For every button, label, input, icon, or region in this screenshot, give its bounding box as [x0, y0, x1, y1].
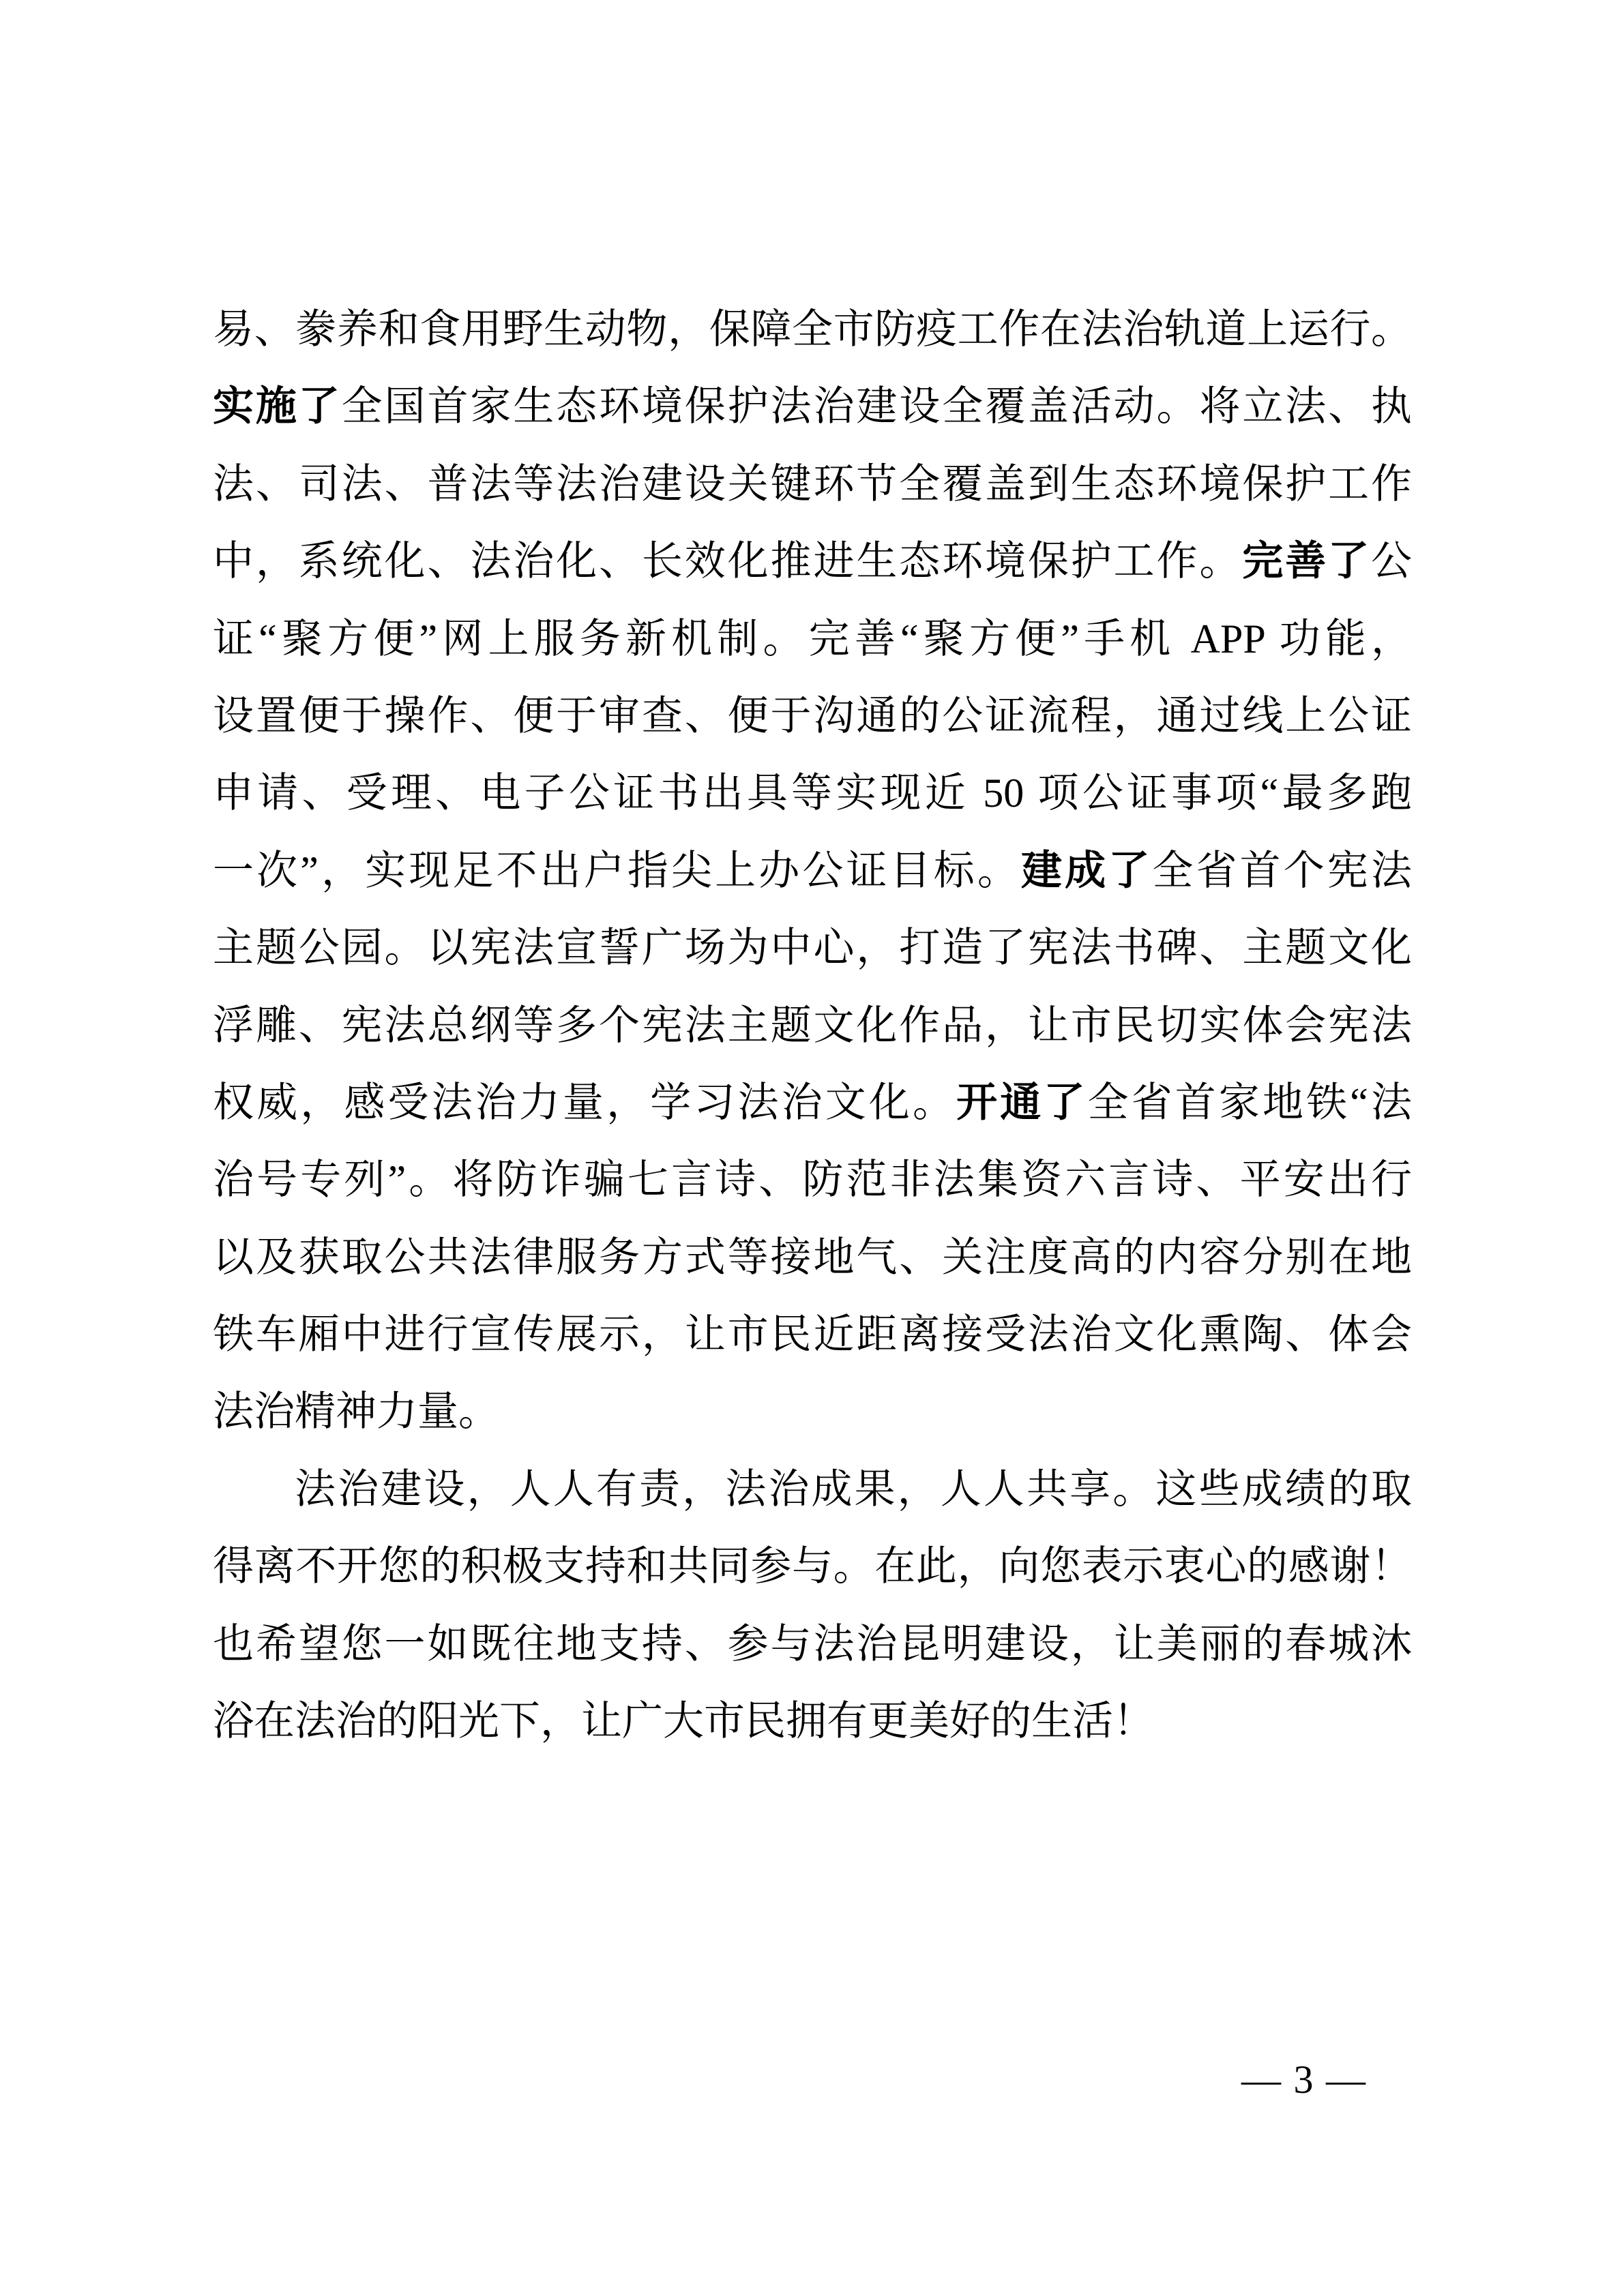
text-run: 浴在法治的阳光下，让广大市民拥有更美好的生活！ — [213, 1699, 1154, 1744]
text-line-1: 易、豢养和食用野生动物，保障全市防疫工作在法治轨道上运行。 — [213, 291, 1412, 368]
text-run: 也希望您一如既往地支持、参与法治昆明建设，让美丽的春城沐 — [213, 1622, 1412, 1667]
text-run: 公 — [1371, 539, 1412, 584]
text-line-4: 中，系统化、法治化、长效化推进生态环境保护工作。完善了公 — [213, 523, 1412, 600]
text-run: 主题公园。以宪法宣誓广场为中心，打造了宪法书碑、主题文化 — [213, 925, 1412, 970]
text-line-18: 也希望您一如既往地支持、参与法治昆明建设，让美丽的春城沐 — [213, 1606, 1412, 1683]
text-run: 全国首家生态环境保护法治建设全覆盖活动。将立法、执 — [342, 384, 1412, 429]
text-line-3: 法、司法、普法等法治建设关键环节全覆盖到生态环境保护工作 — [213, 446, 1412, 523]
text-run: 得离不开您的积极支持和共同参与。在此，向您表示衷心的感谢！ — [213, 1544, 1412, 1589]
emphasis-run: 完善了 — [1242, 539, 1371, 584]
text-run: 一次”，实现足不出户指尖上办公证目标。 — [213, 848, 1021, 893]
text-run: 以及获取公共法律服务方式等接地气、关注度高的内容分别在地 — [213, 1235, 1412, 1280]
text-line-8: 一次”，实现足不出户指尖上办公证目标。建成了全省首个宪法 — [213, 833, 1412, 910]
text-line-19: 浴在法治的阳光下，让广大市民拥有更美好的生活！ — [213, 1683, 1412, 1760]
emphasis-run: 开通了 — [956, 1080, 1087, 1125]
text-line-5: 证“聚方便”网上服务新机制。完善“聚方便”手机 APP 功能， — [213, 601, 1412, 678]
document-page: 易、豢养和食用野生动物，保障全市防疫工作在法治轨道上运行。实施了全国首家生态环境… — [0, 0, 1624, 2296]
text-line-17: 得离不开您的积极支持和共同参与。在此，向您表示衷心的感谢！ — [213, 1528, 1412, 1605]
text-run: 易、豢养和食用野生动物，保障全市防疫工作在法治轨道上运行。 — [213, 307, 1412, 352]
text-run: 权威，感受法治力量，学习法治文化。 — [213, 1080, 956, 1125]
text-run: 铁车厢中进行宣传展示，让市民近距离接受法治文化熏陶、体会 — [213, 1312, 1412, 1357]
text-line-13: 以及获取公共法律服务方式等接地气、关注度高的内容分别在地 — [213, 1219, 1412, 1296]
emphasis-run: 建成了 — [1021, 848, 1152, 893]
text-run: 治号专列”。将防诈骗七言诗、防范非法集资六言诗、平安出行 — [213, 1157, 1412, 1202]
text-run: 中，系统化、法治化、长效化推进生态环境保护工作。 — [213, 539, 1242, 584]
text-run: 全省首家地铁“法 — [1088, 1080, 1413, 1125]
text-run: 法治精神力量。 — [213, 1389, 499, 1434]
text-run: 申请、受理、电子公证书出具等实现近 50 项公证事项“最多跑 — [213, 771, 1412, 816]
text-line-6: 设置便于操作、便于审查、便于沟通的公证流程，通过线上公证 — [213, 678, 1412, 755]
text-run: 全省首个宪法 — [1152, 848, 1412, 893]
text-line-11: 权威，感受法治力量，学习法治文化。开通了全省首家地铁“法 — [213, 1064, 1412, 1142]
text-line-14: 铁车厢中进行宣传展示，让市民近距离接受法治文化熏陶、体会 — [213, 1296, 1412, 1373]
text-run: 浮雕、宪法总纲等多个宪法主题文化作品，让市民切实体会宪法 — [213, 1003, 1412, 1048]
text-run: 设置便于操作、便于审查、便于沟通的公证流程，通过线上公证 — [213, 694, 1412, 739]
text-run: 法、司法、普法等法治建设关键环节全覆盖到生态环境保护工作 — [213, 462, 1412, 507]
text-line-2: 实施了全国首家生态环境保护法治建设全覆盖活动。将立法、执 — [213, 368, 1412, 445]
text-line-12: 治号专列”。将防诈骗七言诗、防范非法集资六言诗、平安出行 — [213, 1142, 1412, 1219]
document-body: 易、豢养和食用野生动物，保障全市防疫工作在法治轨道上运行。实施了全国首家生态环境… — [213, 291, 1412, 1760]
text-run: 证“聚方便”网上服务新机制。完善“聚方便”手机 APP 功能， — [213, 616, 1412, 661]
text-run: 法治建设，人人有责，法治成果，人人共享。这些成绩的取 — [295, 1467, 1412, 1512]
text-line-16: 法治建设，人人有责，法治成果，人人共享。这些成绩的取 — [213, 1451, 1412, 1528]
text-line-15: 法治精神力量。 — [213, 1373, 1412, 1450]
emphasis-run: 实施了 — [213, 384, 342, 429]
text-line-9: 主题公园。以宪法宣誓广场为中心，打造了宪法书碑、主题文化 — [213, 910, 1412, 987]
page-number: — 3 — — [1241, 2059, 1367, 2100]
text-line-10: 浮雕、宪法总纲等多个宪法主题文化作品，让市民切实体会宪法 — [213, 987, 1412, 1064]
text-line-7: 申请、受理、电子公证书出具等实现近 50 项公证事项“最多跑 — [213, 755, 1412, 832]
